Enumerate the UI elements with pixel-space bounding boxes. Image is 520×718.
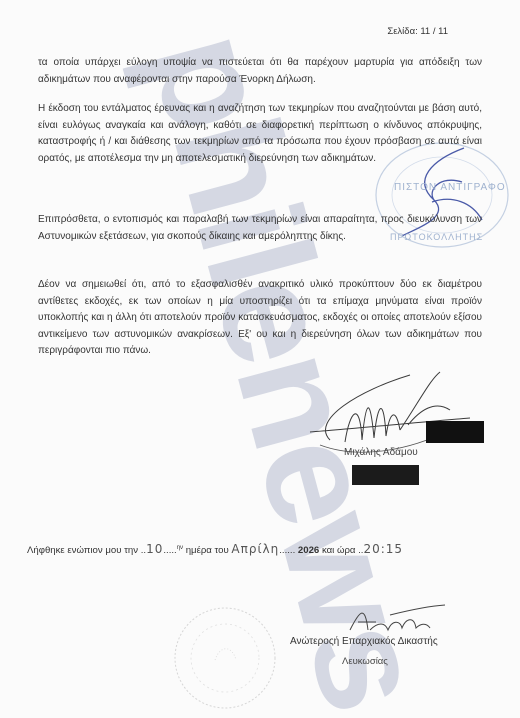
judge-title: Ανώτεροςή Επαρχιακός Δικαστής bbox=[290, 636, 438, 647]
received-day: 10 bbox=[146, 542, 163, 556]
paragraph-2: Η έκδοση του εντάλματος έρευνας και η αν… bbox=[38, 101, 482, 167]
received-month: Απρίλη bbox=[231, 542, 279, 556]
received-and-time: και ώρα bbox=[322, 545, 356, 556]
judge-signature bbox=[330, 600, 450, 640]
page-number: Σελίδα: 11 / 11 bbox=[387, 26, 448, 37]
document-page: philenews ΠΙΣΤΟΝ ΑΝΤΙΓΡΑΦΟ ΠΡΩΤΟΚΟΛΛΗΤΗΣ… bbox=[0, 0, 520, 718]
received-year: 2026 bbox=[298, 545, 319, 556]
received-middle: ημέρα του bbox=[186, 545, 229, 556]
declarant-name: Μιχάλης Αδάμου bbox=[344, 447, 418, 458]
redaction-block bbox=[426, 421, 484, 443]
paragraph-4: Δέον να σημειωθεί ότι, από το εξασφαλισθ… bbox=[38, 277, 482, 360]
received-time: 20:15 bbox=[363, 542, 403, 556]
received-prefix: Λήφθηκε ενώπιον μου την bbox=[27, 545, 138, 556]
paragraph-1: τα οποία υπάρχει εύλογη υποψία να πιστεύ… bbox=[38, 55, 482, 88]
redaction-block bbox=[352, 465, 419, 485]
paragraph-3: Επιπρόσθετα, ο εντοπισμός και παραλαβή τ… bbox=[38, 212, 482, 245]
received-day-suffix: ην bbox=[177, 545, 183, 551]
judge-city: Λευκωσίας bbox=[342, 656, 388, 667]
court-seal bbox=[170, 600, 280, 715]
received-statement: Λήφθηκε ενώπιον μου την ..10.....ην ημέρ… bbox=[27, 542, 403, 556]
